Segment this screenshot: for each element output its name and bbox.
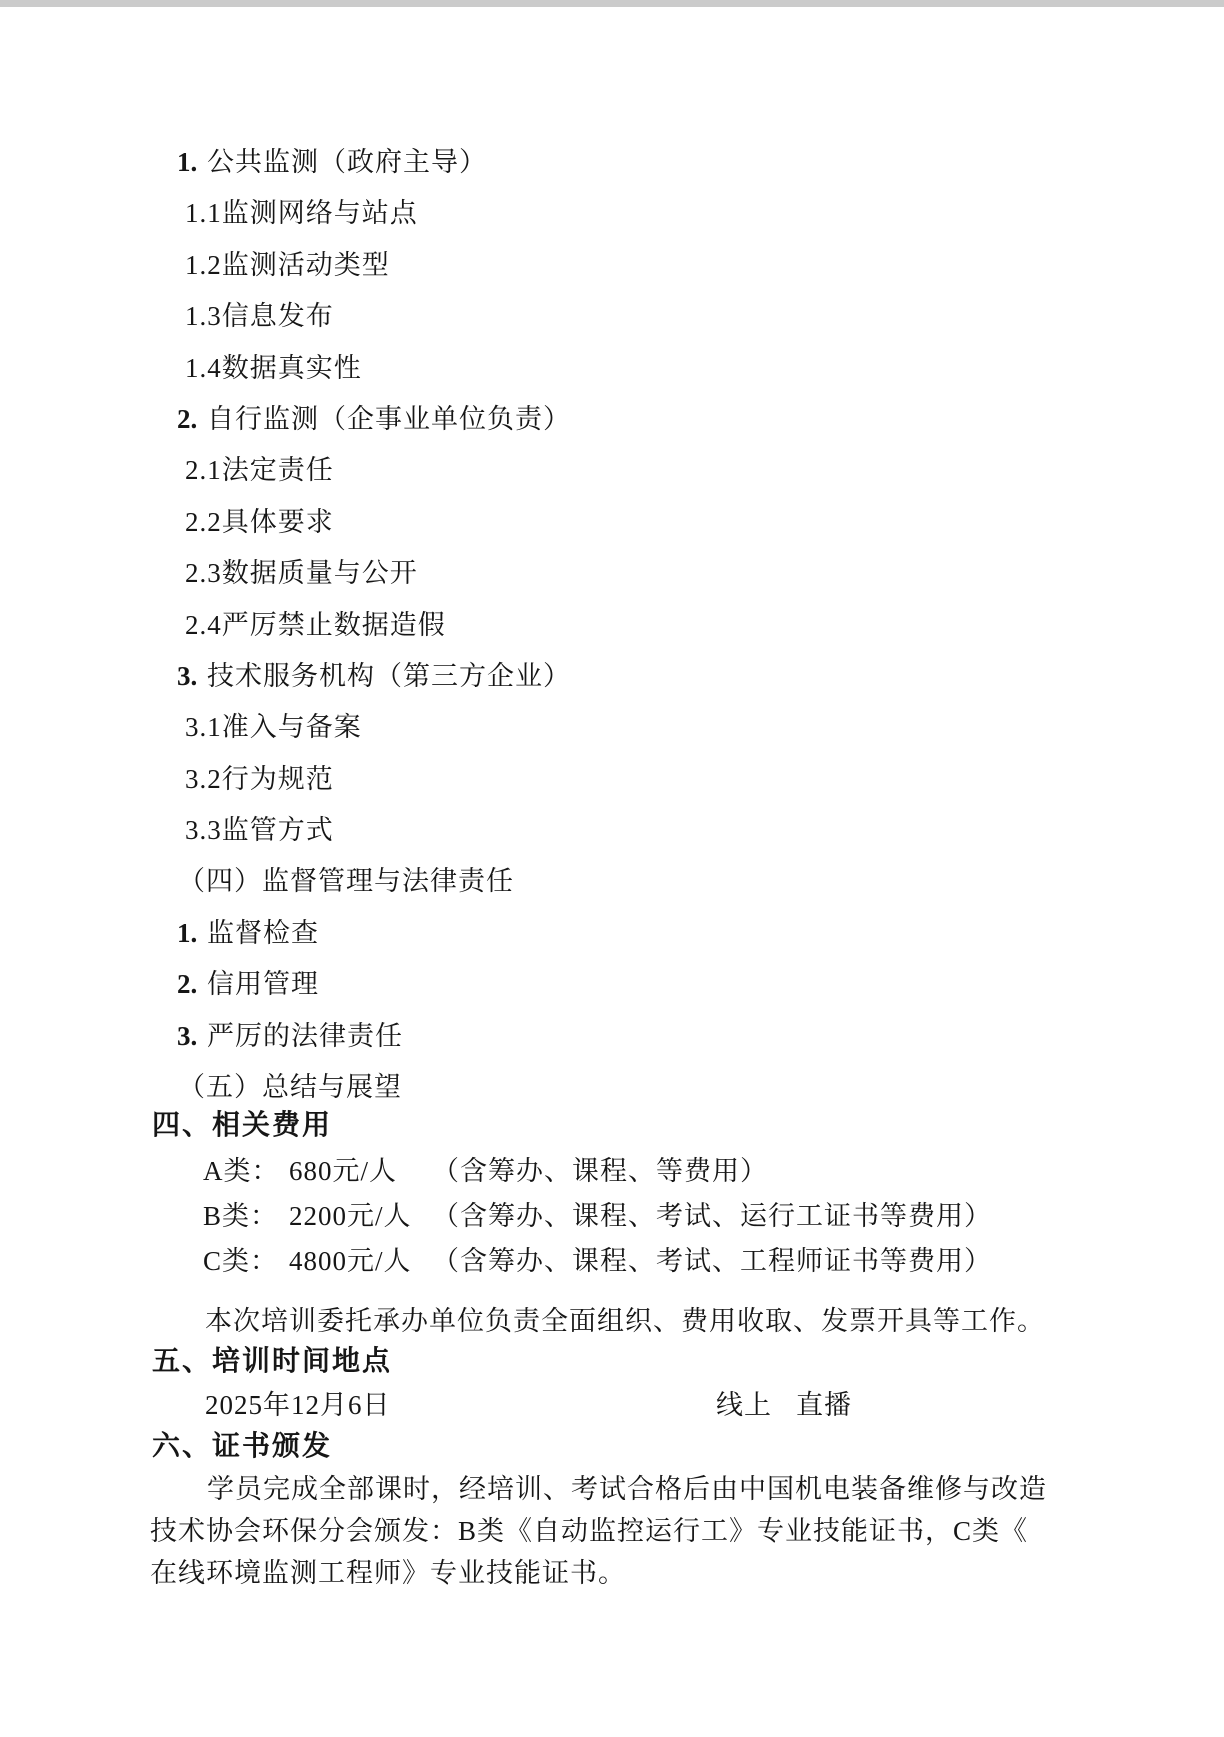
outline-item: 1.1监测网络与站点 bbox=[0, 188, 1224, 239]
fee-class-label: C类： bbox=[203, 1239, 289, 1284]
outline-item-marker: 3. bbox=[177, 1011, 199, 1062]
outline-item-text: （五）总结与展望 bbox=[178, 1072, 402, 1102]
outline-item: 2.信用管理 bbox=[0, 959, 1224, 1010]
course-outline: 1.公共监测（政府主导） 1.1监测网络与站点 1.2监测活动类型 1.3信息发… bbox=[0, 137, 1224, 1113]
fee-class-label: B类： bbox=[203, 1194, 289, 1239]
window-top-edge bbox=[0, 0, 1224, 7]
mode-label: 直播 bbox=[796, 1390, 852, 1420]
outline-item-text: 信用管理 bbox=[207, 969, 319, 999]
outline-item: 1.4数据真实性 bbox=[0, 343, 1224, 394]
fee-price: 4800元/人 bbox=[289, 1239, 432, 1284]
outline-section-heading: （四）监督管理与法律责任 bbox=[0, 856, 1224, 907]
outline-item-text: 严厉的法律责任 bbox=[207, 1021, 403, 1051]
training-date: 2025年12月6日 bbox=[205, 1390, 391, 1420]
fee-price: 680元/人 bbox=[289, 1149, 432, 1194]
outline-item: 2.自行监测（企事业单位负责） bbox=[0, 394, 1224, 445]
outline-item-text: 自行监测（企事业单位负责） bbox=[207, 404, 571, 434]
document-page: 1.公共监测（政府主导） 1.1监测网络与站点 1.2监测活动类型 1.3信息发… bbox=[0, 137, 1224, 1594]
outline-item-marker: 1. bbox=[177, 137, 199, 188]
outline-item-text: 1.2监测活动类型 bbox=[185, 250, 390, 280]
outline-item-marker: 3. bbox=[177, 651, 199, 702]
outline-item-marker: 2. bbox=[177, 959, 199, 1010]
outline-item-text: 公共监测（政府主导） bbox=[207, 147, 487, 177]
schedule-section-heading: 五、培训时间地点 bbox=[0, 1340, 1224, 1384]
fee-row: B类：2200元/人（含筹办、课程、考试、运行工证书等费用） bbox=[0, 1194, 1224, 1239]
fee-price: 2200元/人 bbox=[289, 1194, 432, 1239]
outline-item-text: 1.3信息发布 bbox=[185, 301, 334, 331]
certificate-paragraph-line: 在线环境监测工程师》专业技能证书。 bbox=[150, 1552, 1224, 1594]
outline-item: 2.2具体要求 bbox=[0, 497, 1224, 548]
fees-organizer-note: 本次培训委托承办单位负责全面组织、费用收取、发票开具等工作。 bbox=[0, 1299, 1224, 1344]
outline-item: 1.公共监测（政府主导） bbox=[0, 137, 1224, 188]
outline-item: 3.1准入与备案 bbox=[0, 702, 1224, 753]
outline-item-marker: 2. bbox=[177, 394, 199, 445]
outline-item-text: 监督检查 bbox=[207, 918, 319, 948]
outline-item-text: 3.1准入与备案 bbox=[185, 712, 362, 742]
outline-item-text: 3.3监管方式 bbox=[185, 815, 334, 845]
outline-item-text: 2.3数据质量与公开 bbox=[185, 558, 418, 588]
certificate-paragraph-line: 技术协会环保分会颁发：B类《自动监控运行工》专业技能证书，C类《 bbox=[150, 1510, 1224, 1552]
outline-item-text: 1.4数据真实性 bbox=[185, 353, 362, 383]
outline-item: 3.3监管方式 bbox=[0, 805, 1224, 856]
fee-note-text: （含筹办、课程、考试、运行工证书等费用） bbox=[432, 1201, 992, 1231]
outline-item-text: 2.1法定责任 bbox=[185, 455, 334, 485]
fee-row: A类：680元/人（含筹办、课程、等费用） bbox=[0, 1149, 1224, 1194]
schedule-row: 2025年12月6日 线上直播 bbox=[0, 1384, 1224, 1426]
outline-item-text: 2.2具体要求 bbox=[185, 507, 334, 537]
fee-class-label: A类： bbox=[203, 1149, 289, 1194]
fee-row: C类：4800元/人（含筹办、课程、考试、工程师证书等费用） bbox=[0, 1239, 1224, 1284]
fees-section-heading: 四、相关费用 bbox=[0, 1103, 1224, 1149]
outline-item-marker: 1. bbox=[177, 908, 199, 959]
certificate-paragraph: 学员完成全部课时，经培训、考试合格后由中国机电装备维修与改造 技术协会环保分会颁… bbox=[0, 1468, 1224, 1594]
outline-item-text: （四）监督管理与法律责任 bbox=[178, 866, 514, 896]
outline-item: 1.监督检查 bbox=[0, 908, 1224, 959]
outline-item: 3.技术服务机构（第三方企业） bbox=[0, 651, 1224, 702]
fee-note-text: （含筹办、课程、考试、工程师证书等费用） bbox=[432, 1246, 992, 1276]
outline-item: 1.2监测活动类型 bbox=[0, 240, 1224, 291]
certificate-paragraph-line: 学员完成全部课时，经培训、考试合格后由中国机电装备维修与改造 bbox=[150, 1468, 1224, 1510]
outline-item: 2.4严厉禁止数据造假 bbox=[0, 600, 1224, 651]
training-location: 线上直播 bbox=[716, 1384, 852, 1426]
certificate-section-heading: 六、证书颁发 bbox=[0, 1426, 1224, 1468]
outline-item-text: 1.1监测网络与站点 bbox=[185, 198, 418, 228]
outline-item-text: 3.2行为规范 bbox=[185, 764, 334, 794]
location-label: 线上 bbox=[716, 1390, 772, 1420]
fees-list: A类：680元/人（含筹办、课程、等费用） B类：2200元/人（含筹办、课程、… bbox=[0, 1149, 1224, 1284]
outline-item: 1.3信息发布 bbox=[0, 291, 1224, 342]
outline-item: 3.严厉的法律责任 bbox=[0, 1011, 1224, 1062]
outline-item: 3.2行为规范 bbox=[0, 754, 1224, 805]
outline-item-text: 2.4严厉禁止数据造假 bbox=[185, 610, 446, 640]
outline-item: 2.3数据质量与公开 bbox=[0, 548, 1224, 599]
fee-note-text: （含筹办、课程、等费用） bbox=[432, 1156, 768, 1186]
outline-item-text: 技术服务机构（第三方企业） bbox=[207, 661, 571, 691]
outline-item: 2.1法定责任 bbox=[0, 445, 1224, 496]
